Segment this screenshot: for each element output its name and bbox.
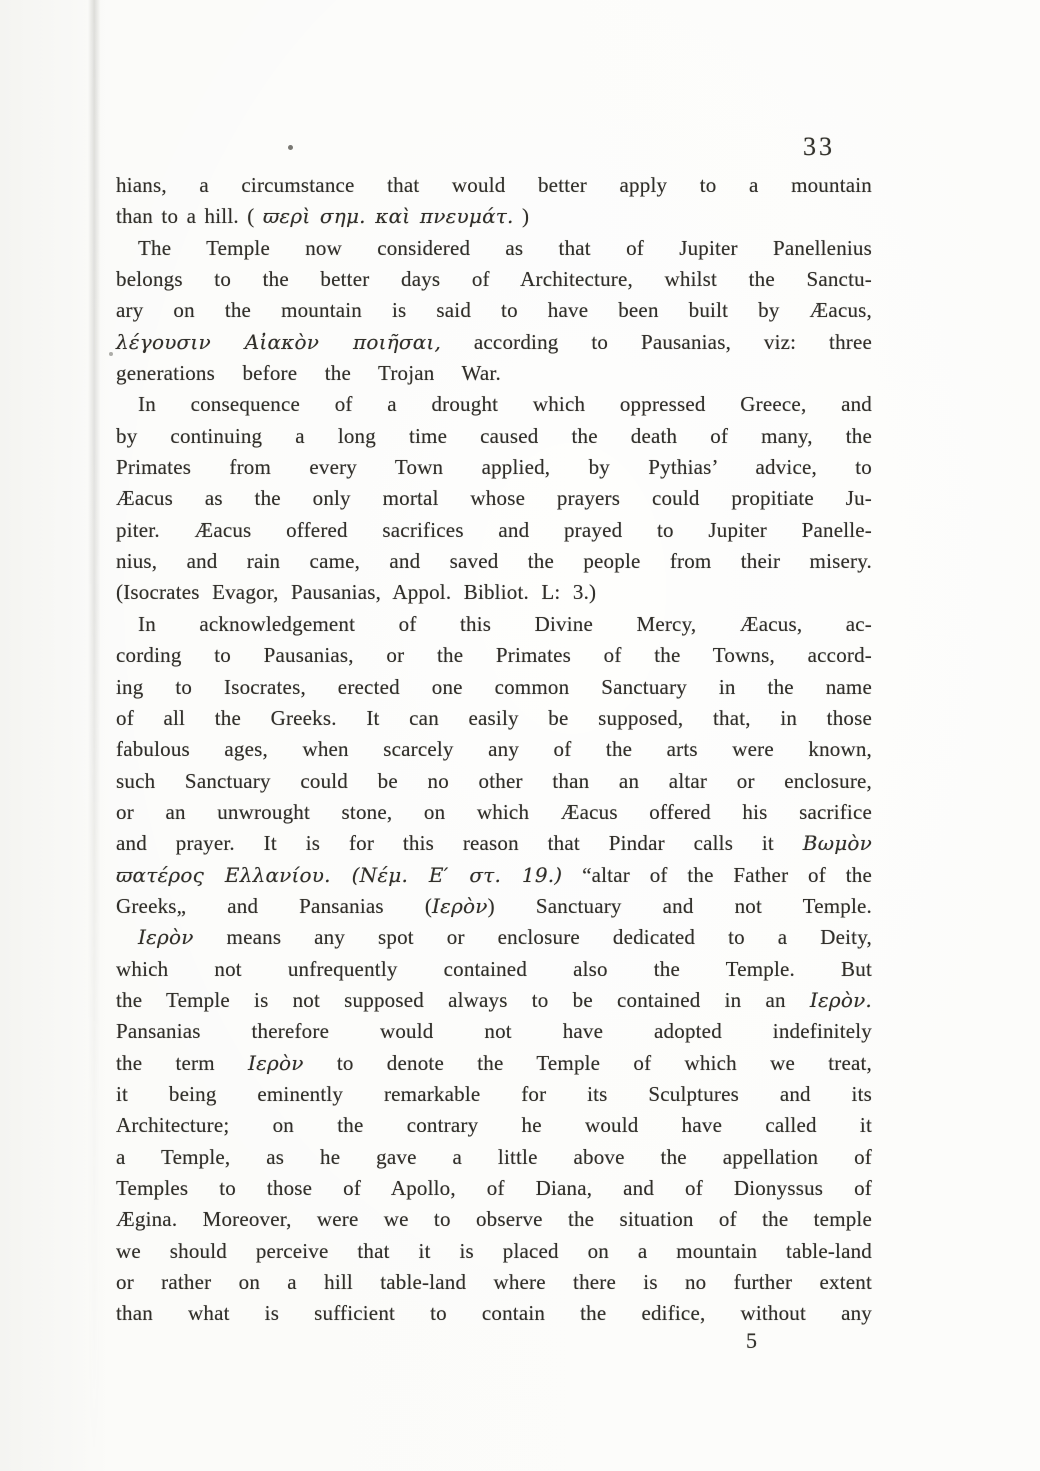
text-segment: (Isocrates Evagor, Pausanias, Appol. Bib… xyxy=(116,580,596,604)
text-segment: than to a hill. ( xyxy=(116,204,263,228)
text-segment: ing to Isocrates, erected one common San… xyxy=(116,675,872,699)
text-segment: “altar of the Father of the xyxy=(562,863,872,887)
text-line: ing to Isocrates, erected one common San… xyxy=(116,672,872,703)
text-line: Ιερὸν means any spot or enclosure dedica… xyxy=(116,922,872,953)
text-segment: than what is sufficient to contain the e… xyxy=(116,1301,872,1325)
text-line: Æacus as the only mortal whose prayers c… xyxy=(116,483,872,514)
text-segment: it being eminently remarkable for its Sc… xyxy=(116,1082,872,1106)
ink-speck xyxy=(288,145,293,150)
text-segment: the term xyxy=(116,1051,248,1075)
text-segment: ) xyxy=(514,204,530,228)
greek-phrase: ϖατέρος Ελλανίου. (Νέμ. Ε′ στ. 19.) xyxy=(116,863,562,887)
text-line: cording to Pausanias, or the Primates of… xyxy=(116,640,872,671)
text-segment: to denote the Temple of which we treat, xyxy=(304,1051,872,1075)
text-segment: by continuing a long time caused the dea… xyxy=(116,424,872,448)
text-line: Greeks„ and Pansanias (Ιερὸν) Sanctuary … xyxy=(116,891,872,922)
greek-phrase: Ιερὸν xyxy=(432,894,488,918)
text-line: In acknowledgement of this Divine Mercy,… xyxy=(116,609,872,640)
ink-speck xyxy=(109,352,113,356)
text-line: and prayer. It is for this reason that P… xyxy=(116,828,872,859)
text-segment: ) Sanctuary and not Temple. xyxy=(488,894,872,918)
text-line: by continuing a long time caused the dea… xyxy=(116,421,872,452)
text-line: or rather on a hill table-land where the… xyxy=(116,1267,872,1298)
text-segment: generations before the Trojan War. xyxy=(116,361,501,385)
text-segment: piter. Æacus offered sacrifices and pray… xyxy=(116,518,872,542)
text-segment: In acknowledgement of this Divine Mercy,… xyxy=(138,612,872,636)
text-segment: Architecture; on the contrary he would h… xyxy=(116,1113,872,1137)
text-segment: we should perceive that it is placed on … xyxy=(116,1239,872,1263)
text-segment: nius, and rain came, and saved the peopl… xyxy=(116,549,872,573)
text-segment: In consequence of a drought which oppres… xyxy=(138,392,872,416)
text-segment: of all the Greeks. It can easily be supp… xyxy=(116,706,872,730)
text-line: Architecture; on the contrary he would h… xyxy=(116,1110,872,1141)
text-line: the Temple is not supposed always to be … xyxy=(116,985,872,1016)
text-line: fabulous ages, when scarcely any of the … xyxy=(116,734,872,765)
text-segment: means any spot or enclosure dedicated to… xyxy=(194,925,872,949)
text-line: than to a hill. ( ϖερὶ σημ. καὶ πνευμάτ.… xyxy=(116,201,872,232)
signature-mark: 5 xyxy=(746,1328,757,1354)
text-block: hians, a circumstance that would better … xyxy=(116,170,872,1330)
text-line: generations before the Trojan War. xyxy=(116,358,872,389)
greek-phrase: ϖερὶ σημ. καὶ πνευμάτ. xyxy=(263,204,514,228)
greek-phrase: Ιερὸν xyxy=(248,1051,304,1075)
text-segment: the Temple is not supposed always to be … xyxy=(116,988,810,1012)
text-segment: such Sanctuary could be no other than an… xyxy=(116,769,872,793)
text-line: ary on the mountain is said to have been… xyxy=(116,295,872,326)
text-segment: Greeks„ and Pansanias ( xyxy=(116,894,432,918)
page-gutter-shadow xyxy=(88,0,102,1471)
text-segment: Primates from every Town applied, by Pyt… xyxy=(116,455,872,479)
text-segment: a Temple, as he gave a little above the … xyxy=(116,1145,872,1169)
text-segment: hians, a circumstance that would better … xyxy=(116,173,872,197)
greek-phrase: Ιερὸν xyxy=(138,925,194,949)
text-segment: Ægina. Moreover, were we to observe the … xyxy=(116,1207,872,1231)
text-line: of all the Greeks. It can easily be supp… xyxy=(116,703,872,734)
text-segment: The Temple now considered as that of Jup… xyxy=(138,236,872,260)
text-line: Primates from every Town applied, by Pyt… xyxy=(116,452,872,483)
greek-phrase: Ιερὸν. xyxy=(810,988,872,1012)
text-segment: and prayer. It is for this reason that P… xyxy=(116,831,803,855)
text-segment: ary on the mountain is said to have been… xyxy=(116,298,872,322)
text-segment: which not unfrequently contained also th… xyxy=(116,957,872,981)
text-line: which not unfrequently contained also th… xyxy=(116,954,872,985)
text-line: it being eminently remarkable for its Sc… xyxy=(116,1079,872,1110)
text-line: λέγουσιν Αἰακὸν ποιῆσαι, according to Pa… xyxy=(116,327,872,358)
text-segment: belongs to the better days of Architectu… xyxy=(116,267,872,291)
text-line: piter. Æacus offered sacrifices and pray… xyxy=(116,515,872,546)
greek-phrase: Βωμὸν xyxy=(803,831,872,855)
text-segment: according to Pausanias, viz: three xyxy=(441,330,872,354)
text-line: belongs to the better days of Architectu… xyxy=(116,264,872,295)
text-line: In consequence of a drought which oppres… xyxy=(116,389,872,420)
text-line: than what is sufficient to contain the e… xyxy=(116,1298,872,1329)
text-line: a Temple, as he gave a little above the … xyxy=(116,1142,872,1173)
text-segment: Pansanias therefore would not have adopt… xyxy=(116,1019,872,1043)
text-line: the term Ιερὸν to denote the Temple of w… xyxy=(116,1048,872,1079)
text-line: or an unwrought stone, on which Æacus of… xyxy=(116,797,872,828)
text-line: we should perceive that it is placed on … xyxy=(116,1236,872,1267)
text-line: The Temple now considered as that of Jup… xyxy=(116,233,872,264)
text-line: Ægina. Moreover, were we to observe the … xyxy=(116,1204,872,1235)
text-line: hians, a circumstance that would better … xyxy=(116,170,872,201)
greek-phrase: λέγουσιν Αἰακὸν ποιῆσαι, xyxy=(116,330,441,354)
page-number: 33 xyxy=(803,132,835,162)
text-segment: or rather on a hill table-land where the… xyxy=(116,1270,872,1294)
text-line: (Isocrates Evagor, Pausanias, Appol. Bib… xyxy=(116,577,872,608)
text-line: Temples to those of Apollo, of Diana, an… xyxy=(116,1173,872,1204)
text-segment: or an unwrought stone, on which Æacus of… xyxy=(116,800,872,824)
text-line: Pansanias therefore would not have adopt… xyxy=(116,1016,872,1047)
text-segment: Æacus as the only mortal whose prayers c… xyxy=(116,486,872,510)
text-line: such Sanctuary could be no other than an… xyxy=(116,766,872,797)
text-segment: fabulous ages, when scarcely any of the … xyxy=(116,737,872,761)
text-line: nius, and rain came, and saved the peopl… xyxy=(116,546,872,577)
text-line: ϖατέρος Ελλανίου. (Νέμ. Ε′ στ. 19.) “alt… xyxy=(116,860,872,891)
book-page: 33 hians, a circumstance that would bett… xyxy=(0,0,1040,1471)
text-segment: cording to Pausanias, or the Primates of… xyxy=(116,643,872,667)
text-segment: Temples to those of Apollo, of Diana, an… xyxy=(116,1176,872,1200)
